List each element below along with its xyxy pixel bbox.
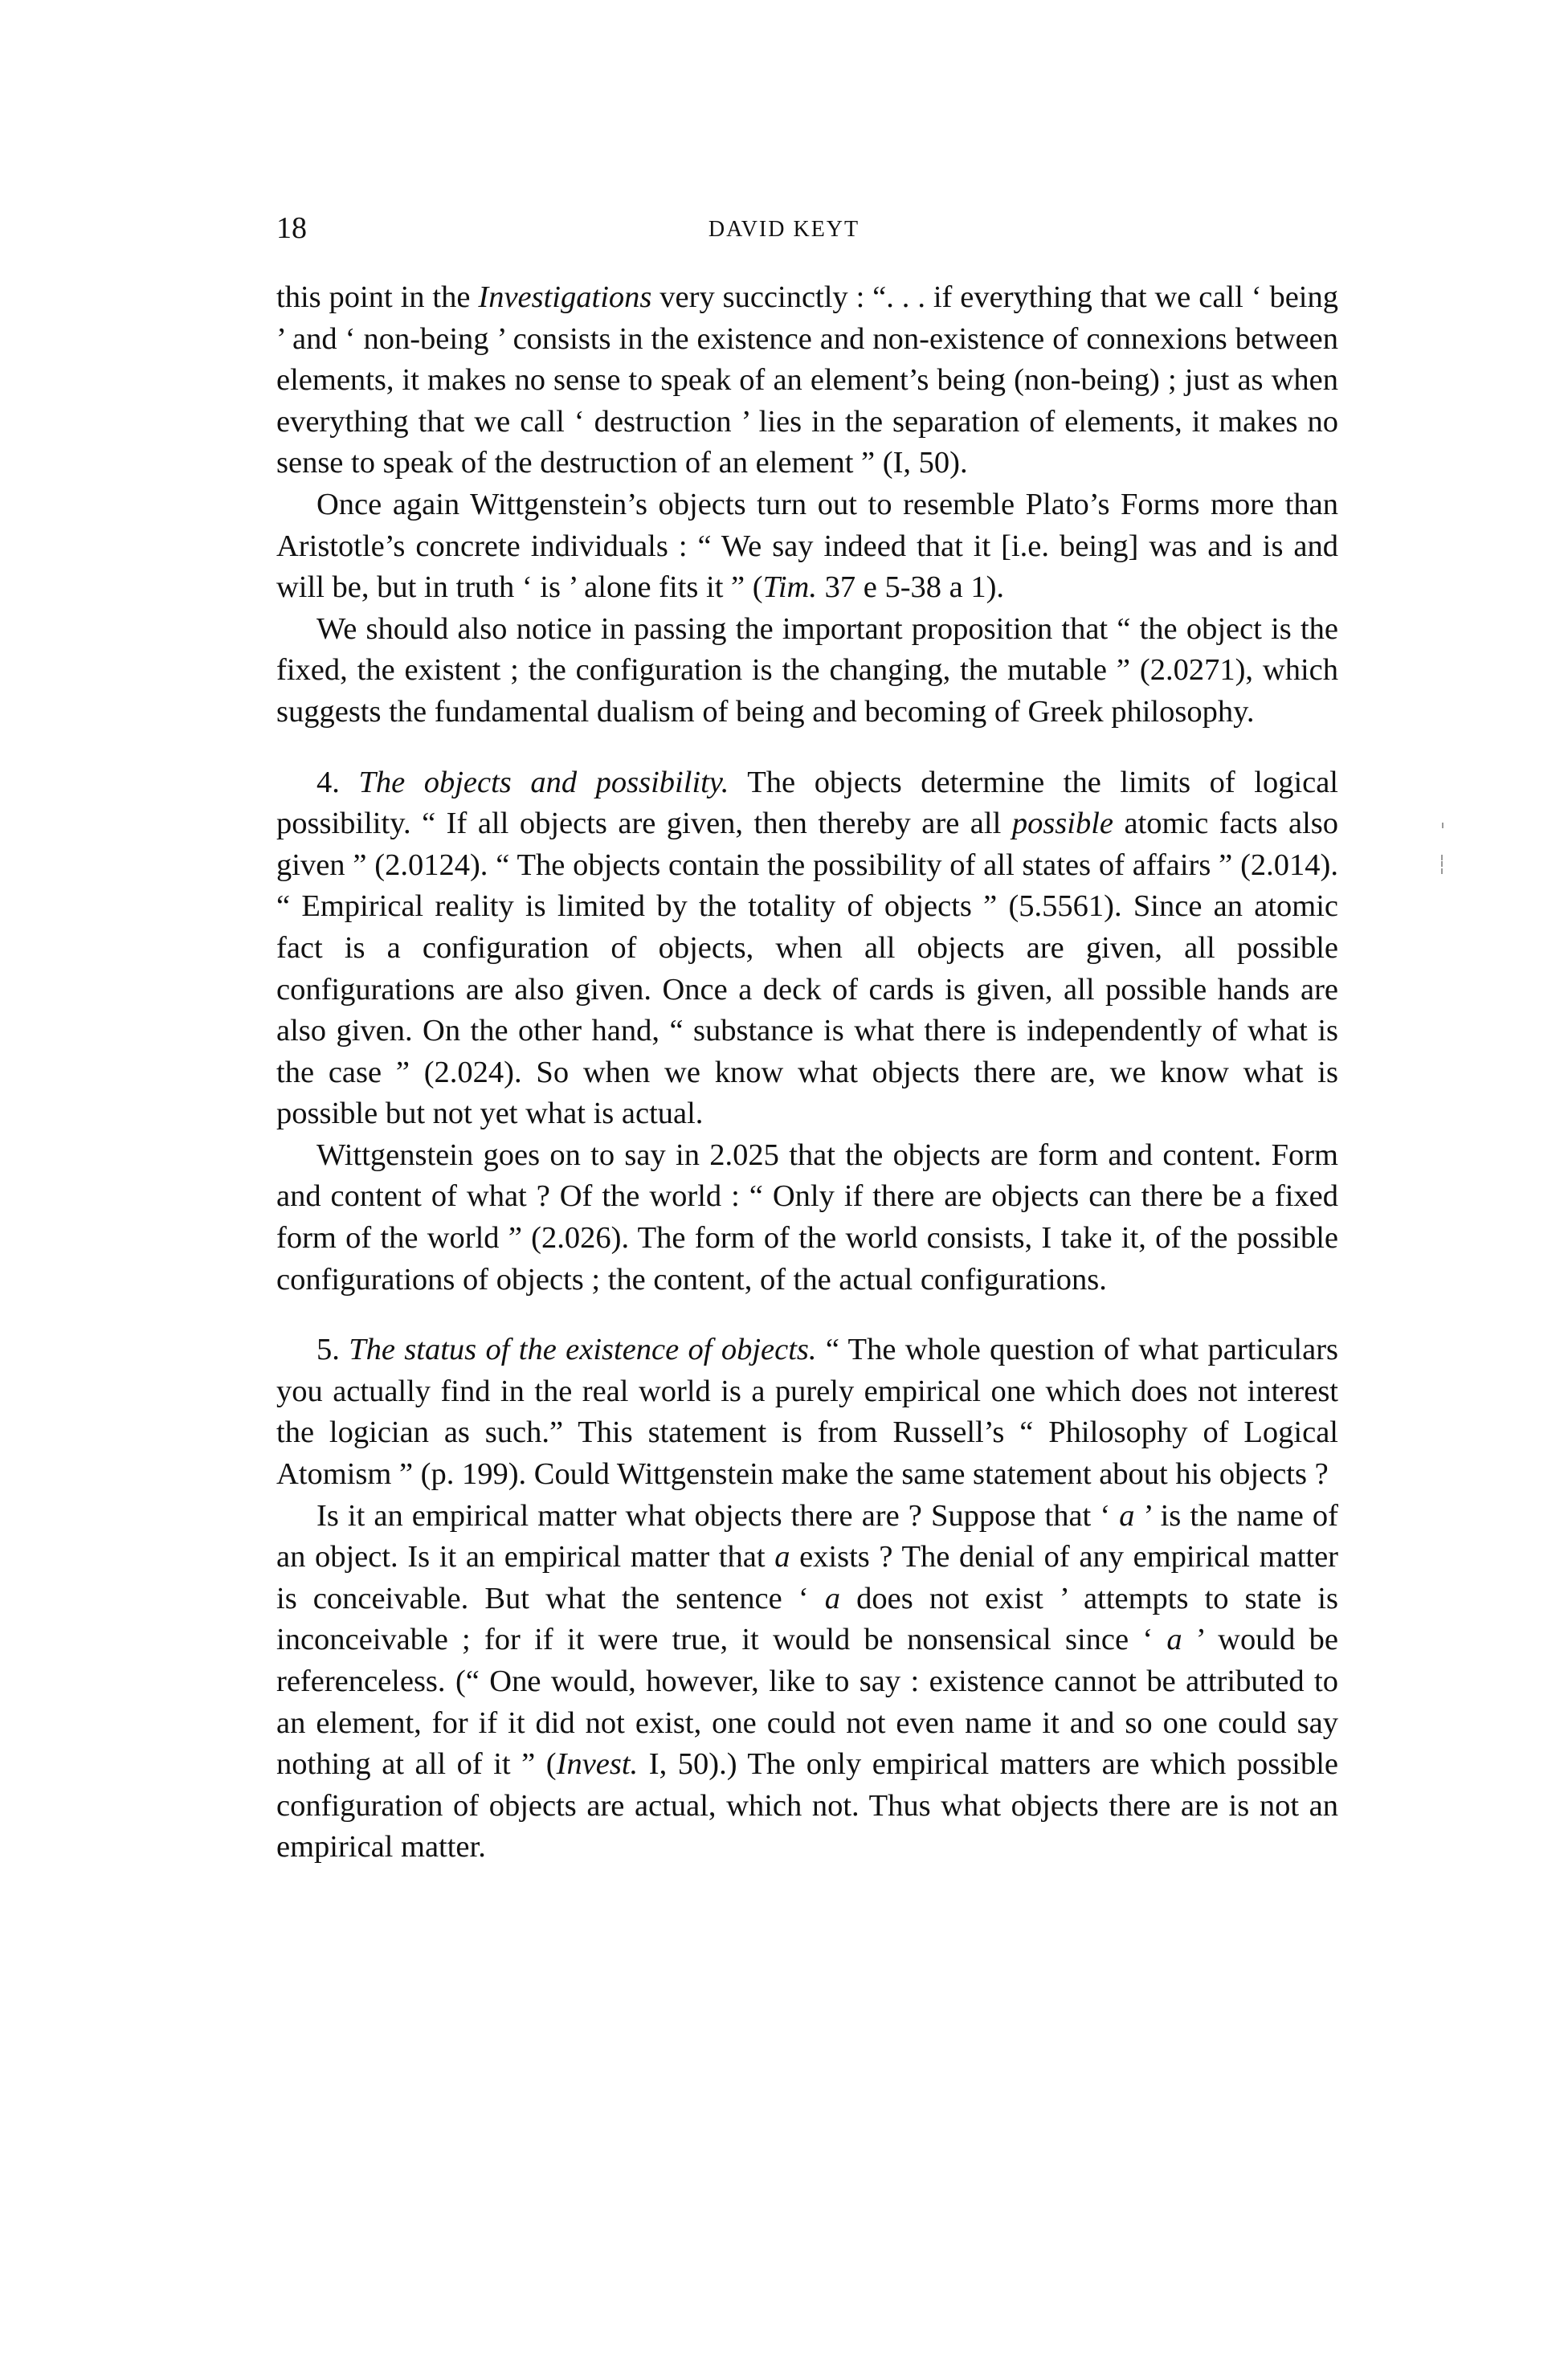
section-4-objects-and-possibility: 4. The objects and possibility. The obje… (276, 762, 1338, 1135)
running-head: DAVID KEYT (0, 217, 1568, 243)
italic-text: possible (1012, 807, 1113, 840)
scan-speck (1442, 823, 1443, 828)
italic-text: Tim. (763, 570, 817, 604)
text-run: 5. (316, 1333, 349, 1366)
paragraph-fixed-mutable: We should also notice in passing the imp… (276, 609, 1338, 733)
section-5-status-of-existence: 5. The status of the existence of object… (276, 1329, 1338, 1495)
text-run: 4. (316, 766, 358, 799)
italic-text: The objects and possibility. (358, 766, 729, 799)
scan-speck (1441, 868, 1443, 874)
text-run: Is it an empirical matter what objects t… (316, 1499, 1119, 1533)
text-run: We should also notice in passing the imp… (276, 612, 1338, 729)
italic-text: a (1166, 1623, 1182, 1656)
text-run: this point in the (276, 280, 478, 314)
italic-text: The status of the existence of objects. (349, 1333, 816, 1366)
paragraph-empirical-matter: Is it an empirical matter what objects t… (276, 1496, 1338, 1869)
paragraph-plato-forms: Once again Wittgenstein’s objects turn o… (276, 484, 1338, 609)
text-run: 37 e 5-38 a 1). (817, 570, 1004, 604)
text-run: atomic facts also given ” (2.0124). “ Th… (276, 807, 1338, 1130)
italic-text: a (1119, 1499, 1134, 1533)
body-text: this point in the Investigations very su… (276, 277, 1338, 1869)
text-run: Wittgenstein goes on to say in 2.025 tha… (276, 1138, 1338, 1297)
paragraph-continuation: this point in the Investigations very su… (276, 277, 1338, 484)
paragraph-form-and-content: Wittgenstein goes on to say in 2.025 tha… (276, 1135, 1338, 1301)
italic-text: a (825, 1582, 840, 1615)
italic-text: a (774, 1540, 790, 1574)
italic-text: Investigations (478, 280, 651, 314)
italic-text: Invest. (557, 1747, 639, 1781)
scan-speck (1441, 855, 1443, 860)
scan-speck (1441, 861, 1443, 867)
